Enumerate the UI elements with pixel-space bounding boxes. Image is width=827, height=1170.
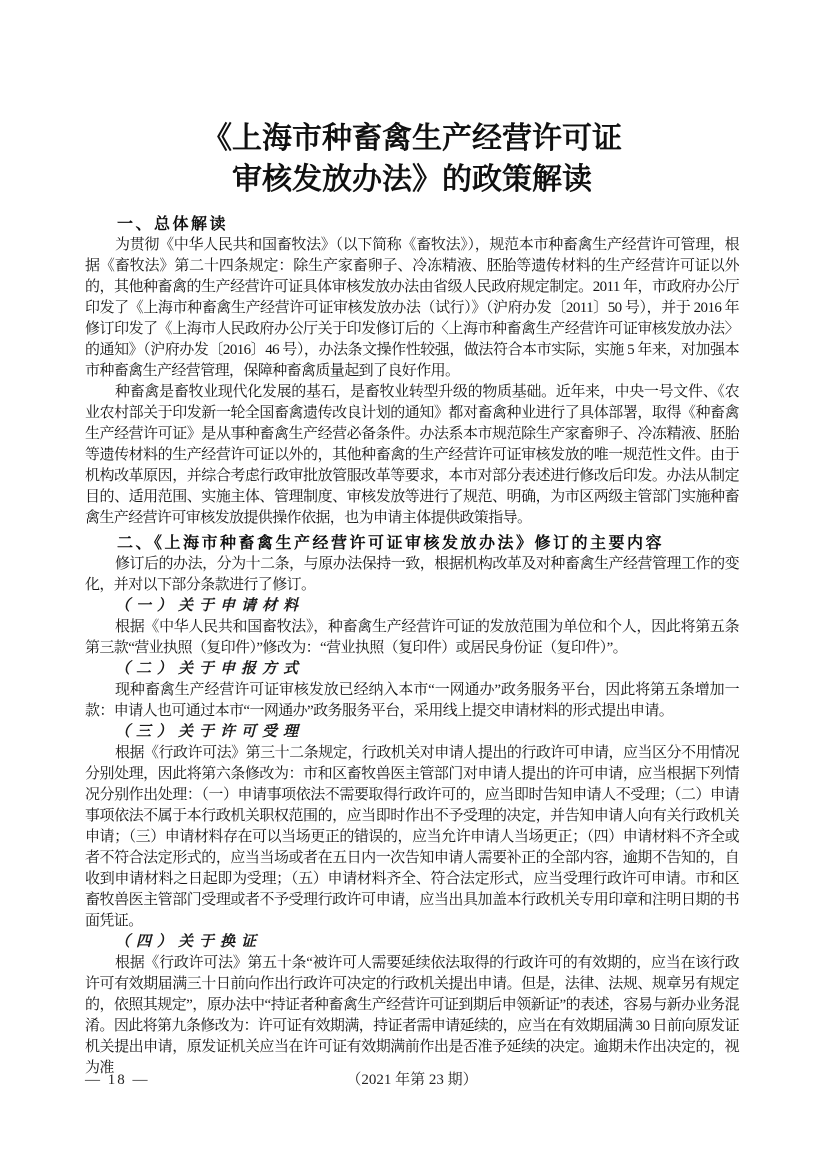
paragraph-overview-2: 种畜禽是畜牧业现代化发展的基石，是畜牧业转型升级的物质基础。近年来，中央一号文件… xyxy=(85,382,739,529)
issue-label: （2021 年第 23 期） xyxy=(85,1068,739,1092)
document-page: 《上海市种畜禽生产经营许可证 审核发放办法》的政策解读 一、总体解读 为贯彻《中… xyxy=(0,0,827,1170)
document-body: 一、总体解读 为贯彻《中华人民共和国畜牧法》（以下简称《畜牧法》），规范本市种畜… xyxy=(85,214,739,1079)
paragraph-overview-1: 为贯彻《中华人民共和国畜牧法》（以下简称《畜牧法》），规范本市种畜禽生产经营许可… xyxy=(85,235,739,382)
paragraph-license-acceptance: 根据《行政许可法》第三十二条规定，行政机关对申请人提出的行政许可申请，应当区分不… xyxy=(85,743,739,932)
document-title-line-2: 审核发放办法》的政策解读 xyxy=(85,159,739,200)
paragraph-license-renewal: 根据《行政许可法》第五十条“被许可人需要延续依法取得的行政许可的有效期的，应当在… xyxy=(85,953,739,1079)
page-footer: — 18 — （2021 年第 23 期） xyxy=(85,1068,739,1092)
scanned-document: { "document": { "title_lines": [ "《上海市种畜… xyxy=(0,0,827,1170)
sub-heading-declaration-method: （二）关于申报方式 xyxy=(85,659,739,680)
sub-heading-application-materials: （一）关于申请材料 xyxy=(85,596,739,617)
document-title: 《上海市种畜禽生产经营许可证 审核发放办法》的政策解读 xyxy=(85,118,739,200)
paragraph-declaration-method: 现种畜禽生产经营许可证审核发放已经纳入本市“一网通办”政务服务平台，因此将第五条… xyxy=(85,680,739,722)
section-heading-revisions: 二、《上海市种畜禽生产经营许可证审核发放办法》修订的主要内容 xyxy=(85,533,739,554)
sub-heading-license-renewal: （四）关于换证 xyxy=(85,932,739,953)
document-title-line-1: 《上海市种畜禽生产经营许可证 xyxy=(85,118,739,159)
section-heading-overview: 一、总体解读 xyxy=(85,214,739,235)
paragraph-revisions-intro: 修订后的办法，分为十二条，与原办法保持一致，根据机构改革及对种畜禽生产经营管理工… xyxy=(85,554,739,596)
paragraph-application-materials: 根据《中华人民共和国畜牧法》，种畜禽生产经营许可证的发放范围为单位和个人，因此将… xyxy=(85,617,739,659)
sub-heading-license-acceptance: （三）关于许可受理 xyxy=(85,722,739,743)
